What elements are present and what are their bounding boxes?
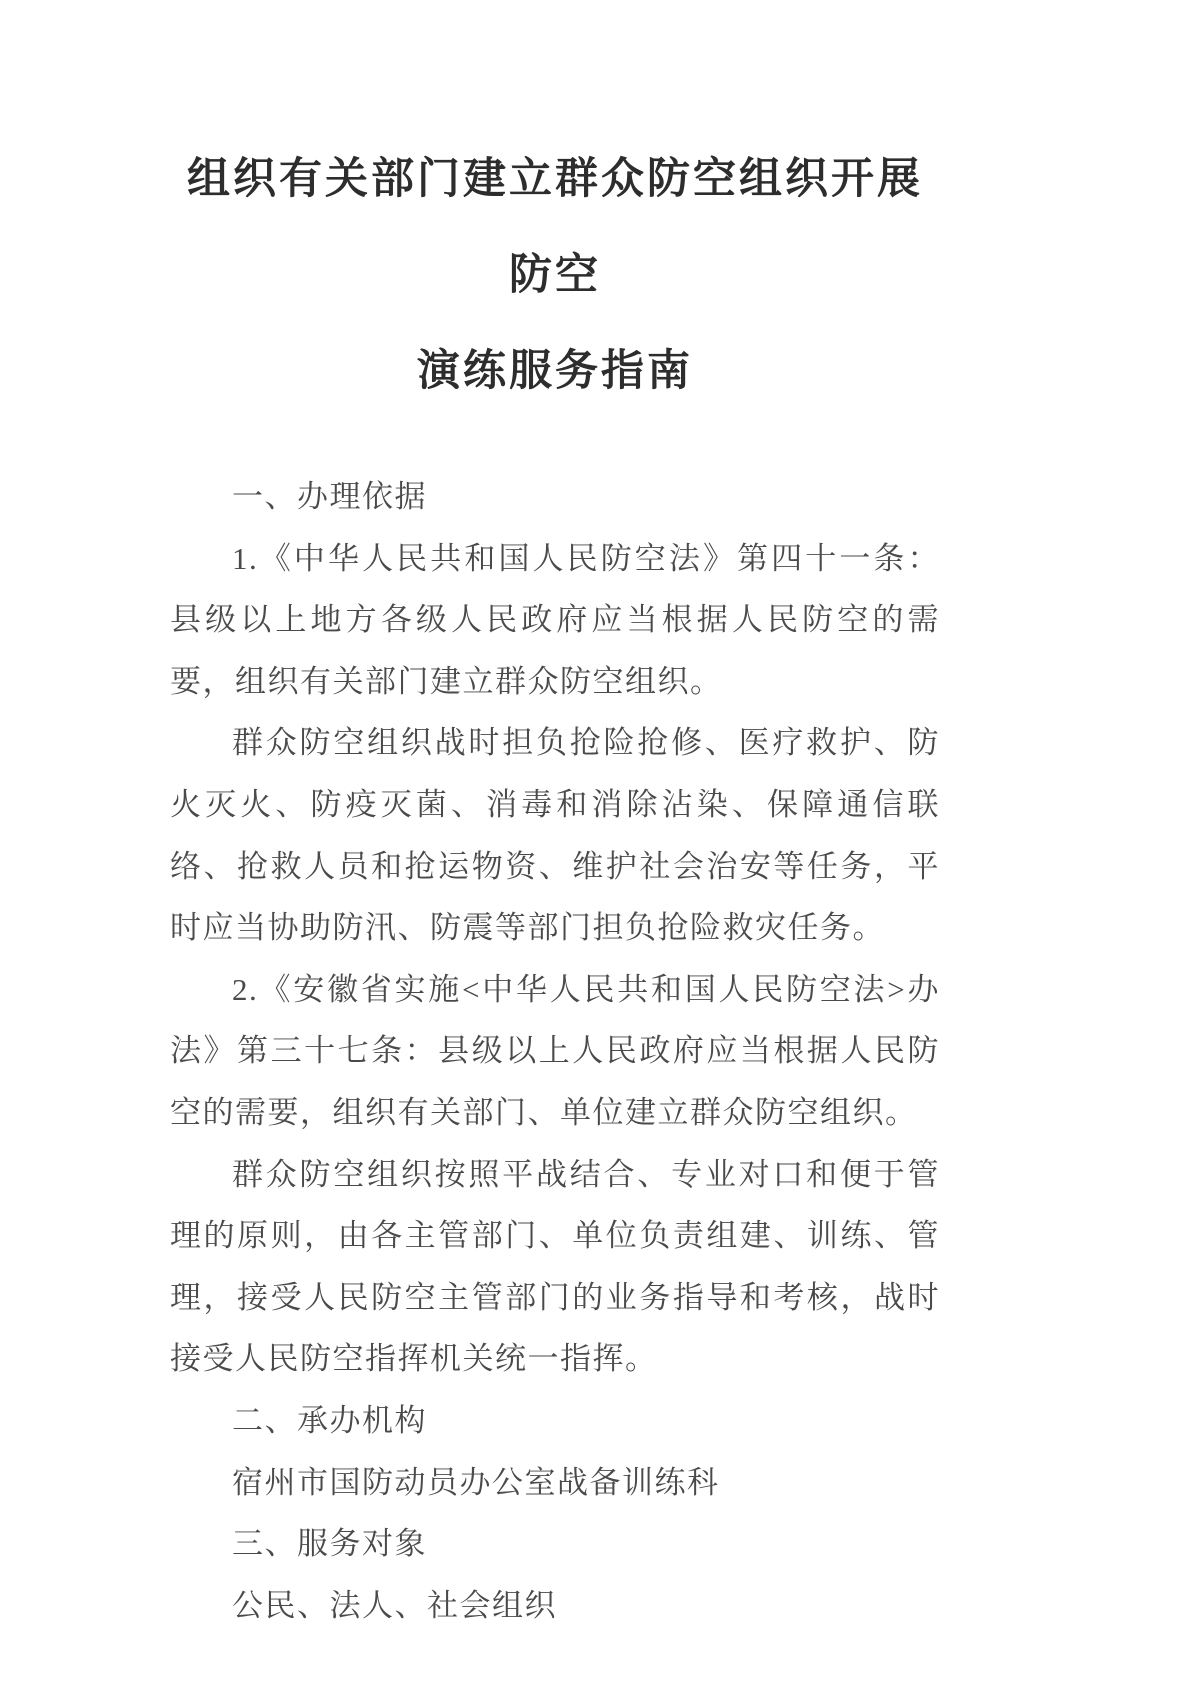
- document-title: 组织有关部门建立群众防空组织开展防空 演练服务指南: [170, 132, 940, 420]
- paragraph-legal-basis-1: 1.《中华人民共和国人民防空法》第四十一条：县级以上地方各级人民政府应当根据人民…: [170, 528, 940, 713]
- paragraph-legal-basis-2-detail: 群众防空组织按照平战结合、专业对口和便于管理的原则，由各主管部门、单位负责组建、…: [170, 1144, 940, 1390]
- paragraph-service-targets: 公民、法人、社会组织: [170, 1575, 940, 1637]
- document-page: 组织有关部门建立群众防空组织开展防空 演练服务指南 一、办理依据 1.《中华人民…: [0, 0, 1190, 1683]
- document-content: 组织有关部门建立群众防空组织开展防空 演练服务指南 一、办理依据 1.《中华人民…: [170, 132, 940, 1636]
- paragraph-legal-basis-1-detail: 群众防空组织战时担负抢险抢修、医疗救护、防火灭火、防疫灭菌、消毒和消除沾染、保障…: [170, 712, 940, 958]
- section-heading-1: 一、办理依据: [170, 466, 940, 528]
- section-heading-3: 三、服务对象: [170, 1513, 940, 1575]
- document-title-line-2: 演练服务指南: [170, 324, 940, 420]
- section-heading-2: 二、承办机构: [170, 1390, 940, 1452]
- document-body: 一、办理依据 1.《中华人民共和国人民防空法》第四十一条：县级以上地方各级人民政…: [170, 466, 940, 1636]
- document-title-line-1: 组织有关部门建立群众防空组织开展防空: [170, 132, 940, 324]
- paragraph-legal-basis-2: 2.《安徽省实施<中华人民共和国人民防空法>办法》第三十七条：县级以上人民政府应…: [170, 959, 940, 1144]
- paragraph-undertaking-agency: 宿州市国防动员办公室战备训练科: [170, 1452, 940, 1514]
